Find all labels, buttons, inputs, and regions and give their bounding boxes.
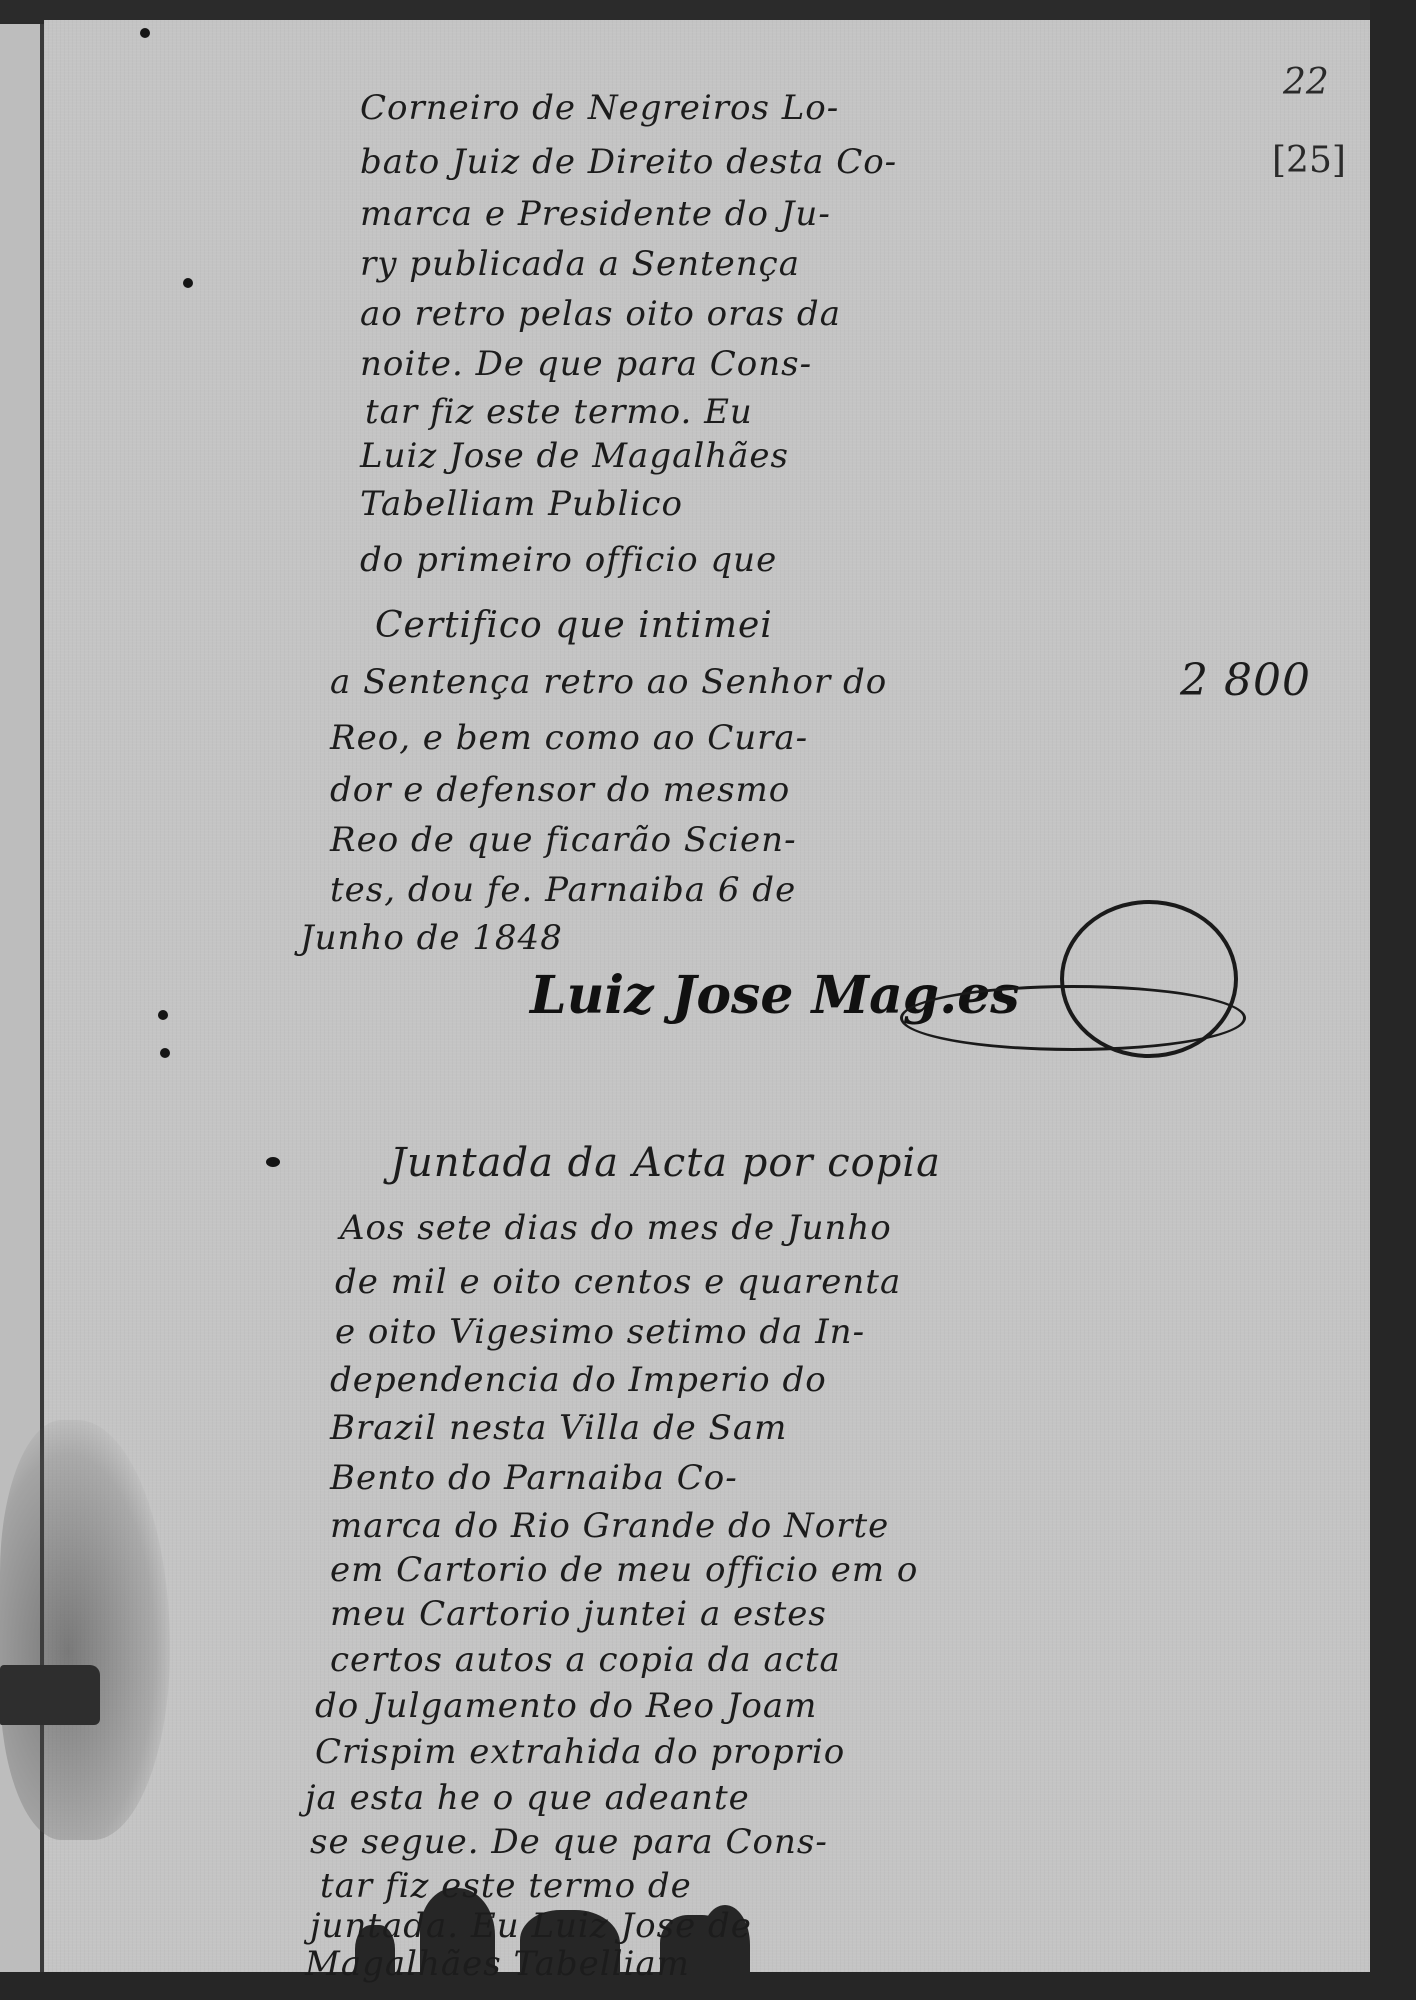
ink-dot bbox=[158, 1010, 168, 1020]
text-line: noite. De que para Cons- bbox=[360, 344, 812, 384]
text-line: de mil e oito centos e quarenta bbox=[335, 1262, 901, 1302]
text-line: do primeiro officio que bbox=[360, 540, 777, 580]
text-line: ao retro pelas oito oras da bbox=[360, 294, 841, 334]
text-line: certos autos a copia da acta bbox=[330, 1640, 841, 1680]
text-line: marca e Presidente do Ju- bbox=[360, 194, 831, 234]
text-line: em Cartorio de meu officio em o bbox=[330, 1550, 918, 1590]
text-line: a Sentença retro ao Senhor do bbox=[330, 662, 887, 702]
scanned-page: 22 [25] Corneiro de Negreiros Lo- bato J… bbox=[0, 0, 1416, 2000]
text-line: Corneiro de Negreiros Lo- bbox=[360, 88, 839, 128]
text-line: Reo de que ficarão Scien- bbox=[330, 820, 797, 860]
text-line: marca do Rio Grande do Norte bbox=[330, 1506, 889, 1546]
ink-dot bbox=[140, 28, 150, 38]
text-line: meu Cartorio juntei a estes bbox=[330, 1594, 827, 1634]
text-line: ry publicada a Sentença bbox=[360, 244, 800, 284]
text-line: dependencia do Imperio do bbox=[330, 1360, 827, 1400]
signature-flourish-loop bbox=[900, 985, 1246, 1051]
text-line: Luiz Jose de Magalhães bbox=[360, 436, 789, 476]
edge-damage bbox=[0, 1665, 100, 1725]
ink-dot bbox=[266, 1157, 280, 1167]
text-line: Brazil nesta Villa de Sam bbox=[330, 1408, 787, 1448]
text-line: Bento do Parnaiba Co- bbox=[330, 1458, 738, 1498]
text-line: dor e defensor do mesmo bbox=[330, 770, 790, 810]
text-line: tes, dou fe. Parnaiba 6 de bbox=[330, 870, 796, 910]
scan-right-border bbox=[1370, 0, 1416, 2000]
text-line: e oito Vigesimo setimo da In- bbox=[335, 1312, 865, 1352]
text-line: bato Juiz de Direito desta Co- bbox=[360, 142, 897, 182]
text-line: juntada. Eu Luiz Jose de bbox=[310, 1906, 752, 1946]
text-line: tar fiz este termo. Eu bbox=[365, 392, 753, 432]
text-line: do Julgamento do Reo Joam bbox=[315, 1686, 817, 1726]
archive-page-number: [25] bbox=[1272, 140, 1346, 181]
text-line: Magalhães Tabelliam bbox=[305, 1944, 690, 1984]
text-line: tar fiz este termo de bbox=[320, 1866, 692, 1906]
text-line: Reo, e bem como ao Cura- bbox=[330, 718, 808, 758]
folio-number: 22 bbox=[1283, 62, 1329, 103]
scan-top-border bbox=[0, 0, 1416, 22]
text-line: Junho de 1848 bbox=[300, 918, 563, 958]
margin-fee-amount: 2 800 bbox=[1180, 655, 1311, 706]
text-line: Crispim extrahida do proprio bbox=[315, 1732, 845, 1772]
text-line: se segue. De que para Cons- bbox=[310, 1822, 828, 1862]
ink-dot bbox=[183, 278, 193, 288]
text-line: Aos sete dias do mes de Junho bbox=[340, 1208, 892, 1248]
text-line: Tabelliam Publico bbox=[360, 484, 683, 524]
text-line: Certifico que intimei bbox=[375, 605, 773, 646]
section-heading: Juntada da Acta por copia bbox=[390, 1140, 941, 1186]
ink-dot bbox=[160, 1048, 170, 1058]
text-line: ja esta he o que adeante bbox=[305, 1778, 750, 1818]
